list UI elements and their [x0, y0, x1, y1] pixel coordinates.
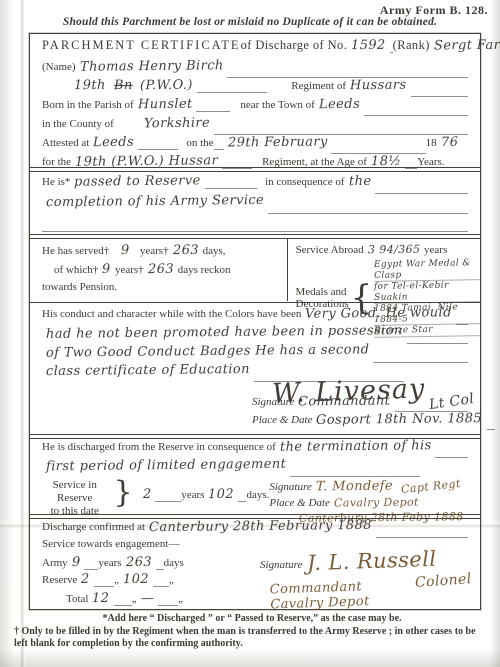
total-row: Total 12 „ — „ — [42, 591, 257, 608]
reserve-row-days-value: 102 — [123, 572, 149, 587]
reserve-days-label: days. — [246, 489, 269, 501]
certificate-border-box: PARCHMENT CERTIFICATE of Discharge of No… — [29, 33, 481, 610]
regiment-of-label: Regiment of — [291, 80, 346, 92]
reserve-row-label: Reserve — [42, 574, 77, 586]
attested-at-label: Attested at — [42, 137, 89, 149]
reserve-signature-rank: Capt Regt — [400, 477, 461, 496]
abroad-value: 3 94/365 — [368, 243, 421, 257]
conduct-value-line-4: class certificate of Education — [46, 362, 250, 379]
conduct-label-line: His conduct and character while with the… — [42, 306, 468, 325]
section-conduct: His conduct and character while with the… — [30, 306, 480, 432]
footnote-asterisk: *Add here “ Discharged ” or “ Passed to … — [14, 613, 490, 626]
place-date-value: Gosport 18th Nov. 1885 — [316, 411, 482, 428]
name-value: Thomas Henry Birch — [80, 58, 224, 75]
towards-pension-label: towards Pension. — [42, 281, 117, 293]
pension-line: of which† 9 years† 263 days reckon — [42, 262, 279, 281]
section-confirmation: Discharge confirmed at Canterbury 28th F… — [30, 519, 480, 607]
medals-label-1: Medals and — [296, 286, 349, 298]
abroad-label: Service Abroad — [296, 244, 364, 256]
reserve-row-years-value: 2 — [81, 572, 90, 587]
reserve-place-date-value-1: Cavalry Depot — [334, 496, 419, 510]
rank-value: Sergt Farrier — [434, 38, 500, 54]
discharge-of-no-label: of Discharge of No. — [241, 38, 348, 53]
town-value: Leeds — [319, 97, 360, 112]
army-years-value: 9 — [72, 555, 81, 570]
confirmed-value: Canterbury 28th February 1888 — [149, 518, 372, 535]
unit-value: 19th — [74, 78, 106, 93]
ditto-mark-2: „ — [169, 574, 174, 586]
army-days-label: days — [164, 557, 184, 569]
of-which-label: of which† — [54, 264, 98, 276]
county-value: Yorkshire — [144, 116, 210, 132]
reserve-row: Reserve 2 „ 102 „ — [42, 572, 257, 589]
army-years-label: years — [98, 557, 121, 569]
service-in-reserve-label-1: Service in Reserve — [42, 479, 107, 505]
reserve-discharge-label-line: He is discharged from the Reserve in con… — [42, 439, 468, 458]
he-is-line: He is* passed to Reserve in consequence … — [42, 174, 468, 194]
abroad-line: Service Abroad 3 94/365 years — [296, 243, 481, 259]
he-is-label: He is* — [42, 176, 70, 188]
reserve-reason-line-2: first period of limited engagement — [46, 457, 286, 475]
medal-line-2: for Tel-el-Kebir Suakin — [374, 280, 480, 304]
towards-pension-line: towards Pension. — [42, 281, 279, 300]
total-label: Total — [66, 593, 88, 605]
reserve-reason-line-2-row: first period of limited engagement — [42, 458, 468, 477]
name-label: (Name) — [42, 61, 76, 73]
service-home-column: He has served† 9 years† 263 days, of whi… — [30, 239, 287, 301]
confirmed-label: Discharge confirmed at — [42, 521, 145, 533]
reserve-years-value: 2 — [142, 487, 151, 502]
reserve-discharge-label: He is discharged from the Reserve in con… — [42, 441, 276, 453]
medal-line-1: Egypt War Medal & Clasp — [374, 258, 480, 282]
rank-label: (Rank) — [393, 38, 430, 53]
divider-1 — [30, 167, 480, 172]
total-ditto-2: „ — [178, 593, 183, 605]
county-line: in the County of Yorkshire — [42, 116, 468, 135]
footnotes: *Add here “ Discharged ” or “ Passed to … — [14, 613, 490, 651]
confirmation-signature-title: Commandant Cavalry Depot — [270, 575, 473, 612]
pension-days-value: 263 — [148, 262, 174, 277]
reserve-reason-line-1: the termination of his — [280, 438, 432, 455]
served-days-value: 263 — [173, 243, 199, 258]
parish-value: Hunslet — [138, 97, 193, 113]
county-label: in the County of — [42, 118, 114, 130]
section-reserve-discharge: He is discharged from the Reserve in con… — [30, 439, 480, 511]
status-value: passed to Reserve — [74, 173, 201, 189]
conduct-line-2: had he not been promoted have been in po… — [42, 325, 468, 344]
footnote-dagger: † Only to be filled in by the Regiment w… — [14, 626, 490, 651]
reserve-signature-script: T. Mondefe — [316, 479, 393, 495]
total-days-value: — — [141, 591, 155, 606]
year-printed: 18 — [426, 137, 437, 149]
reserve-place-date-label: Place & Date — [269, 497, 329, 509]
consequence-label: in consequence of — [265, 176, 344, 188]
reckon-label: days reckon — [178, 264, 231, 276]
place-date-label: Place & Date — [252, 414, 312, 426]
service-abroad-column: Service Abroad 3 94/365 years Medals and… — [287, 239, 481, 301]
service-number-value: 1592 — [351, 38, 386, 53]
paper-crease-vertical — [20, 0, 26, 667]
certificate-title: PARCHMENT CERTIFICATE — [42, 38, 241, 53]
pension-years-label: years† — [115, 264, 144, 276]
attested-line: Attested at Leeds on the 29th February 1… — [42, 135, 468, 154]
attested-place-value: Leeds — [93, 135, 134, 150]
name-line: (Name) Thomas Henry Birch — [42, 59, 468, 78]
reserve-signature-line: Signature T. Mondefe Capt Regt — [269, 479, 468, 496]
consequence-value-1: the — [348, 174, 371, 189]
year-hand-value: 76 — [441, 135, 458, 150]
confirmation-signature-block: Signature J. L. Russell Colonel Commanda… — [260, 549, 472, 609]
unit-struck-value: Bn — [114, 78, 133, 93]
parish-label: Born in the Parish of — [42, 99, 134, 111]
place-date-line: Place & Date Gosport 18th Nov. 1885 — [252, 412, 468, 430]
scanned-discharge-certificate: { "page": { "form_number": "Army Form B.… — [0, 0, 500, 667]
served-years-label: years† — [140, 245, 169, 257]
section-status: He is* passed to Reserve in consequence … — [30, 174, 480, 232]
total-years-value: 12 — [92, 591, 109, 606]
confirmation-signature-script: J. L. Russell — [307, 547, 437, 576]
engagement-label: Service towards engagement— — [42, 538, 179, 550]
confirmation-signature-label: Signature — [260, 559, 302, 571]
confirmed-line: Discharge confirmed at Canterbury 28th F… — [42, 519, 468, 538]
section-header: PARCHMENT CERTIFICATE of Discharge of No… — [30, 38, 480, 173]
abroad-years-label: years — [424, 244, 447, 256]
regiment-value: Hussars — [350, 78, 407, 94]
army-row: Army 9 years 263 days — [42, 555, 257, 572]
town-label: near the Town of — [240, 99, 314, 111]
divider-3 — [30, 302, 480, 303]
blank-rule-line — [42, 214, 468, 232]
reserve-signature-label: Signature — [269, 481, 311, 493]
conduct-value-line-2: had he not been promoted have been in po… — [46, 323, 403, 342]
army-label: Army — [42, 557, 68, 569]
reserve-days-value: 102 — [208, 487, 234, 502]
served-days-label: days, — [203, 245, 226, 257]
conduct-value-line-3: of Two Good Conduct Badges He has a seco… — [46, 342, 370, 360]
total-ditto-1: „ — [132, 593, 137, 605]
consequence-line-2: completion of his Army Service — [42, 194, 468, 214]
attested-date-value: 29th February — [228, 134, 328, 150]
on-the-label: on the — [186, 137, 213, 149]
born-line: Born in the Parish of Hunslet near the T… — [42, 97, 468, 116]
unit-rest-value: (P.W.O.) — [140, 78, 193, 94]
consequence-value-2: completion of his Army Service — [46, 193, 264, 210]
served-years-value: 9 — [121, 243, 130, 258]
section-service: He has served† 9 years† 263 days, of whi… — [30, 239, 480, 301]
signature-title-value: Commandant — [298, 394, 390, 410]
reserve-years-label: years — [181, 489, 204, 501]
army-days-value: 263 — [125, 555, 151, 570]
pension-years-value: 9 — [102, 262, 111, 277]
served-line: He has served† 9 years† 263 days, — [42, 243, 279, 262]
unit-regiment-line: 19th Bn (P.W.O.) Regiment of Hussars — [42, 78, 468, 97]
served-label: He has served† — [42, 245, 109, 257]
conduct-label: His conduct and character while with the… — [42, 308, 301, 320]
conduct-value-line-1: Very Good. He would — [305, 305, 452, 322]
reserve-place-date-line-1: Place & Date Cavalry Depot — [269, 496, 468, 511]
duplicate-warning: Should this Parchment be lost or mislaid… — [0, 16, 500, 28]
conduct-line-3: of Two Good Conduct Badges He has a seco… — [42, 344, 468, 363]
title-line: PARCHMENT CERTIFICATE of Discharge of No… — [42, 38, 468, 59]
ditto-mark-1: „ — [114, 574, 119, 586]
